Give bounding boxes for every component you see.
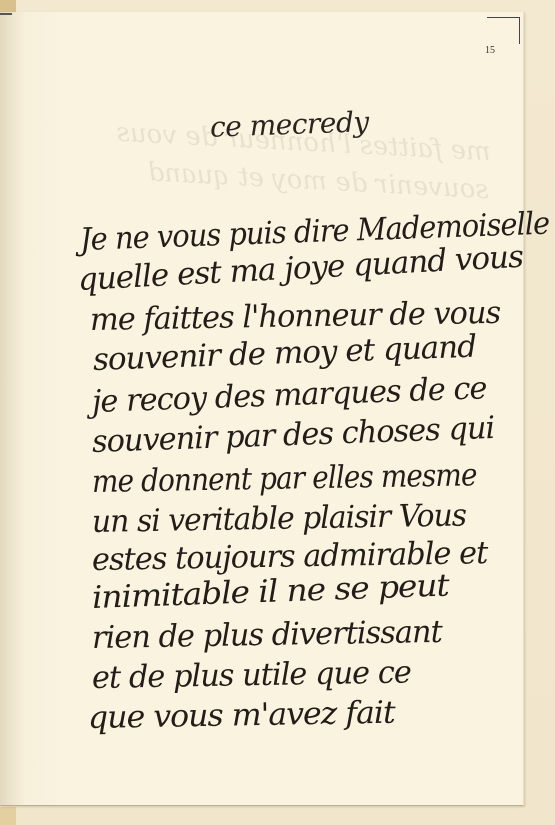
top-edge-rule — [0, 13, 12, 15]
corner-crop-mark — [487, 17, 520, 44]
letter-date-heading: ce mecredy — [209, 105, 369, 144]
book-binding-strip-top — [0, 0, 16, 12]
book-binding-strip-bottom — [0, 807, 16, 825]
text-line-7: me donnent par elles mesme — [92, 457, 477, 500]
page-number: 15 — [485, 45, 495, 56]
text-line-12: et de plus utile que ce — [92, 654, 411, 696]
manuscript-page: 15 me faittes l'honneur de vous souvenir… — [0, 12, 524, 806]
text-line-11: rien de plus divertissant — [92, 614, 442, 656]
text-line-13: que vous m'avez fait — [88, 695, 395, 736]
text-line-8: un si veritable plaisir Vous — [92, 497, 467, 540]
